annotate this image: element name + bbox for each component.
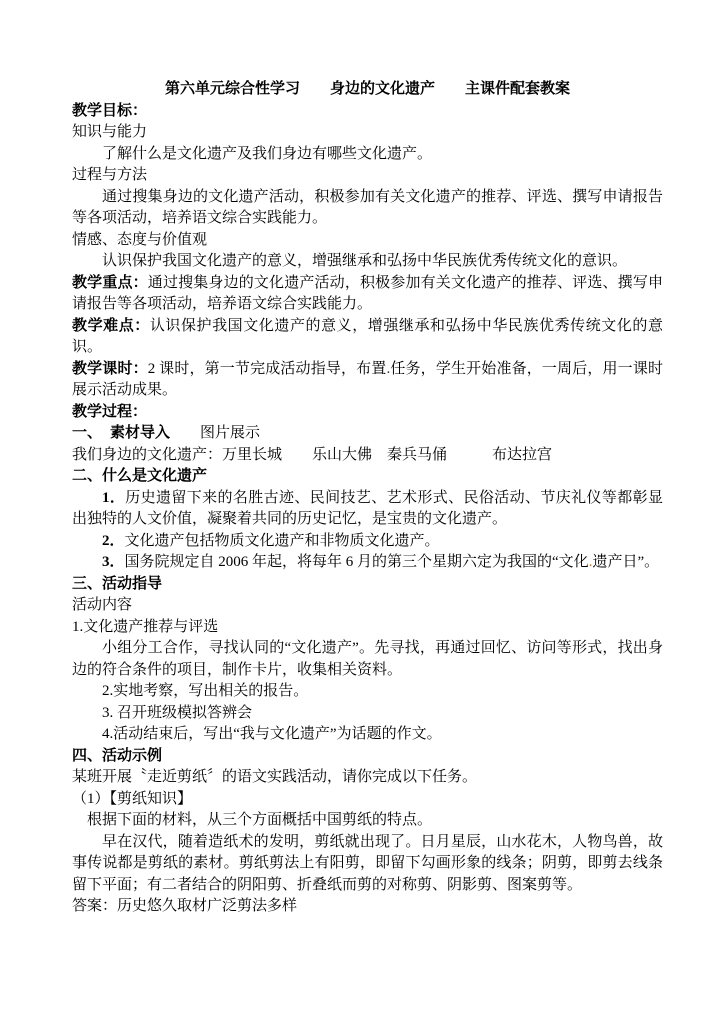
section3-subheading: 活动内容	[72, 595, 663, 617]
section4-task1-text: 根据下面的材料，从三个方面概括中国剪纸的特点。	[72, 810, 663, 832]
knowledge-ability-text: 了解什么是文化遗产及我们身边有哪些文化遗产。	[72, 144, 663, 166]
document-content: 第六单元综合性学习 身边的文化遗产 主课件配套教案 教学目标： 知识与能力 了解…	[0, 0, 725, 918]
section2-item3-text-1: 国务院规定自 2006 年起，将每年 6 月的第三个星期六定为我国的“文化	[125, 554, 589, 570]
section2-item2-text: 文化遗产包括物质文化遗产和非物质文化遗产。	[125, 533, 440, 549]
process-method-label: 过程与方法	[72, 165, 663, 187]
section4-intro: 某班开展〝走近剪纸〞的语文实践活动，请你完成以下任务。	[72, 767, 663, 789]
section3-item1-detail: 小组分工合作，寻找认同的“文化遗产”。先寻找，再通过回忆、访问等形式，找出身边的…	[72, 638, 663, 681]
key-point-label: 教学重点：	[72, 275, 148, 291]
section1-heading: 一、素材导入图片展示	[72, 423, 663, 445]
section2-item1-text: 历史遗留下来的名胜古迹、民间技艺、艺术形式、民俗活动、节庆礼仪等都彰显出独特的人…	[72, 490, 663, 528]
section2-item3-text-2: 遗产日”。	[592, 554, 659, 570]
knowledge-ability-label: 知识与能力	[72, 122, 663, 144]
section2-item1: 1．历史遗留下来的名胜古迹、民间技艺、艺术形式、民俗活动、节庆礼仪等都彰显出独特…	[72, 488, 663, 531]
section2-item1-number: 1．	[102, 490, 125, 506]
difficulty-text: 认识保护我国文化遗产的意义，增强继承和弘扬中华民族优秀传统文化的意识。	[72, 318, 663, 356]
key-point-text: 通过搜集身边的文化遗产活动，积极参加有关文化遗产的推荐、评选、撰写申请报告等各项…	[72, 275, 663, 313]
teaching-difficulty: 教学难点：认识保护我国文化遗产的意义，增强继承和弘扬中华民族优秀传统文化的意识。	[72, 316, 663, 359]
section3-item3: 3. 召开班级模拟答辨会	[72, 703, 663, 725]
section4-answer: 答案：历史悠久取材广泛剪法多样	[72, 896, 663, 918]
section1-title: 素材导入	[110, 425, 170, 441]
document-title: 第六单元综合性学习 身边的文化遗产 主课件配套教案	[72, 79, 663, 101]
teaching-objectives-heading: 教学目标：	[72, 101, 663, 123]
class-hours-label: 教学课时：	[72, 361, 148, 377]
answer-text: 历史悠久取材广泛剪法多样	[117, 898, 297, 914]
section4-task1-label: （1）【剪纸知识】	[72, 789, 663, 811]
section1-content: 我们身边的文化遗产：万里长城 乐山大佛 秦兵马俑 布达拉宫	[72, 445, 663, 467]
section3-item1: 1.文化遗产推荐与评选	[72, 617, 663, 639]
section2-item3: 3．国务院规定自 2006 年起，将每年 6 月的第三个星期六定为我国的“文化.…	[72, 552, 663, 574]
document-page: 第六单元综合性学习 身边的文化遗产 主课件配套教案 教学目标： 知识与能力 了解…	[0, 0, 725, 1024]
section4-material: 早在汉代，随着造纸术的发明，剪纸就出现了。日月星辰，山水花木，人物鸟兽，故事传说…	[72, 832, 663, 897]
section1-subtitle: 图片展示	[200, 425, 260, 441]
process-method-text: 通过搜集身边的文化遗产活动，积极参加有关文化遗产的推荐、评选、撰写申请报告等各项…	[72, 187, 663, 230]
section2-item2-number: 2．	[102, 533, 125, 549]
section2-item3-number: 3．	[102, 554, 125, 570]
affect-values-label: 情感、态度与价值观	[72, 230, 663, 252]
difficulty-label: 教学难点：	[72, 318, 150, 334]
section2-item2: 2．文化遗产包括物质文化遗产和非物质文化遗产。	[72, 531, 663, 553]
teaching-key-point: 教学重点：通过搜集身边的文化遗产活动，积极参加有关文化遗产的推荐、评选、撰写申请…	[72, 273, 663, 316]
section3-heading: 三、活动指导	[72, 574, 663, 596]
section4-heading: 四、活动示例	[72, 746, 663, 768]
teaching-class-hours: 教学课时：2 课时，第一节完成活动指导，布置.任务，学生开始准备，一周后，用一课…	[72, 359, 663, 402]
class-hours-text-1: 2 课时，第一节完成活动指导，布置	[148, 361, 387, 377]
section1-number: 一、	[72, 425, 102, 441]
affect-values-text: 认识保护我国文化遗产的意义，增强继承和弘扬中华民族优秀传统文化的意识。	[72, 251, 663, 273]
section3-item2: 2.实地考察，写出相关的报告。	[72, 681, 663, 703]
answer-label: 答案：	[72, 898, 117, 914]
section3-item4: 4.活动结束后，写出“我与文化遗产”为话题的作文。	[72, 724, 663, 746]
teaching-process-heading: 教学过程：	[72, 402, 663, 424]
section2-heading: 二、什么是文化遗产	[72, 466, 663, 488]
